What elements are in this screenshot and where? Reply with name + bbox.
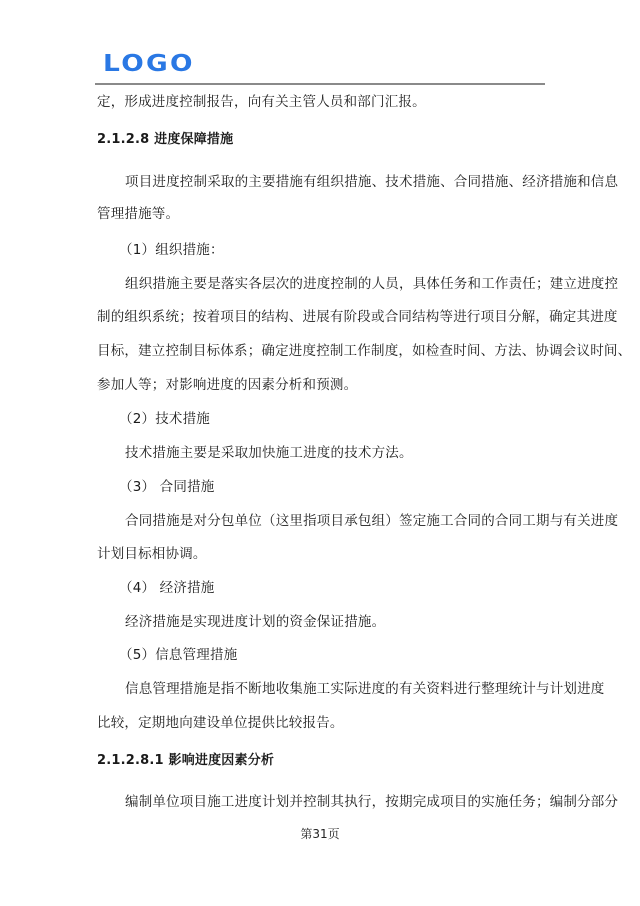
- section-heading: 2.1.2.8.1 影响进度因素分析: [97, 751, 274, 771]
- paragraph-line: 技术措施主要是采取加快施工进度的技术方法。: [125, 443, 413, 463]
- text-line: 比较，定期地向建设单位提供比较报告。: [97, 713, 344, 733]
- list-item-heading: （2）技术措施: [119, 409, 210, 429]
- text-line: 管理措施等。: [97, 204, 179, 224]
- paragraph-line: 信息管理措施是指不断地收集施工实际进度的有关资料进行整理统计与计划进度: [125, 679, 605, 699]
- paragraph-line: 组织措施主要是落实各层次的进度控制的人员，具体任务和工作责任；建立进度控: [125, 274, 618, 294]
- list-item-heading: （1）组织措施：: [119, 240, 224, 260]
- paragraph-line: 项目进度控制采取的主要措施有组织措施、技术措施、合同措施、经济措施和信息: [125, 172, 618, 192]
- paragraph-line: 编制单位项目施工进度计划并控制其执行，按期完成项目的实施任务；编制分部分: [125, 792, 618, 812]
- text-line: 参加人等；对影响进度的因素分析和预测。: [97, 375, 357, 395]
- page-number: 第31页: [0, 825, 640, 842]
- paragraph-line: 经济措施是实现进度计划的资金保证措施。: [125, 612, 385, 632]
- text-line: 计划目标相协调。: [97, 544, 207, 564]
- paragraph-line: 合同措施是对分包单位（这里指项目承包组）签定施工合同的合同工期与有关进度: [125, 511, 618, 531]
- text-line: 目标，建立控制目标体系；确定进度控制工作制度，如检查时间、方法、协调会议时间、: [97, 341, 631, 361]
- text-line: 定，形成进度控制报告，向有关主管人员和部门汇报。: [97, 92, 426, 112]
- section-heading: 2.1.2.8 进度保障措施: [97, 130, 233, 150]
- header-divider: [95, 83, 545, 85]
- list-item-heading: （5）信息管理措施: [119, 645, 237, 665]
- logo: LOGO: [103, 52, 195, 76]
- list-item-heading: （4） 经济措施: [119, 578, 214, 598]
- text-line: 制的组织系统；按着项目的结构、进展有阶段或合同结构等进行项目分解，确定其进度: [97, 307, 618, 327]
- list-item-heading: （3） 合同措施: [119, 477, 214, 497]
